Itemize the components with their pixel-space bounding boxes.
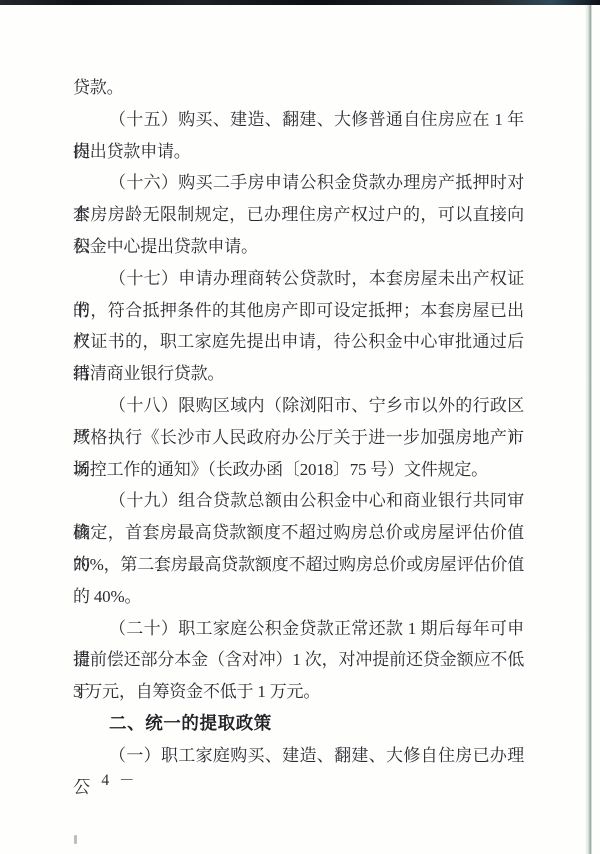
- document-line: 严格执行《长沙市人民政府办公厅关于进一步加强房地产市场: [73, 422, 524, 454]
- document-body: 贷款。 （十五）购买、建造、翻建、大修普通自住房应在 1 年内 提出贷款申请。 …: [73, 72, 524, 772]
- document-line: （一）职工家庭购买、建造、翻建、大修自住房已办理公: [73, 740, 524, 772]
- document-line: 调控工作的通知》（长政办函〔2018〕75 号）文件规定。: [73, 454, 524, 486]
- document-line: （十九）组合贷款总额由公积金中心和商业银行共同审核: [73, 485, 524, 517]
- document-line: 结清商业银行贷款。: [73, 358, 524, 390]
- scan-speck-artifact: [74, 835, 77, 844]
- document-line: （二十）职工家庭公积金贷款正常还款 1 期后每年可申请: [73, 613, 524, 645]
- document-line: 的，符合抵押条件的其他房产即可设定抵押；本套房屋已出产: [73, 295, 524, 327]
- document-line: 提前偿还部分本金（含对冲）1 次，对冲提前还贷金额应不低于: [73, 644, 524, 676]
- document-line: （十五）购买、建造、翻建、大修普通自住房应在 1 年内: [73, 104, 524, 136]
- document-line: 权证书的，职工家庭先提出申请，待公积金中心审批通过后再: [73, 326, 524, 358]
- scanned-document-page: 贷款。 （十五）购买、建造、翻建、大修普通自住房应在 1 年内 提出贷款申请。 …: [0, 0, 600, 854]
- document-line: （十八）限购区域内（除浏阳市、宁乡市以外的行政区域）: [73, 390, 524, 422]
- document-line: 确定，首套房最高贷款额度不超过购房总价或房屋评估价值的: [73, 517, 524, 549]
- document-line: 贷款。: [73, 72, 524, 104]
- document-line: 提出贷款申请。: [73, 136, 524, 168]
- document-line: 的 40%。: [73, 581, 524, 613]
- document-line: （十七）申请办理商转公贷款时，本套房屋未出产权证书: [73, 263, 524, 295]
- scan-right-edge-line: [585, 5, 592, 854]
- document-line: 3 万元，自筹资金不低于 1 万元。: [73, 676, 524, 708]
- section-heading: 二、统一的提取政策: [73, 708, 524, 740]
- document-line: （十六）购买二手房申请公积金贷款办理房产抵押时对本: [73, 167, 524, 199]
- document-line: 70%，第二套房最高贷款额度不超过购房总价或房屋评估价值: [73, 549, 524, 581]
- document-line: 积金中心提出贷款申请。: [73, 231, 524, 263]
- page-number: － 4 －: [76, 770, 136, 792]
- document-line: 套房房龄无限制规定，已办理住房产权过户的，可以直接向公: [73, 199, 524, 231]
- scan-top-edge-artifact: [0, 0, 600, 5]
